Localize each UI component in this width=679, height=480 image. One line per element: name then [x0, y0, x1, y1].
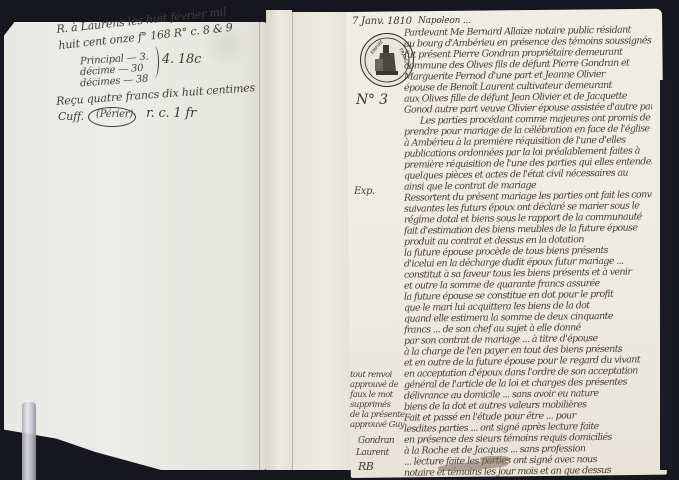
gutter-page — [292, 12, 351, 470]
margin-note: approuvé Guy — [350, 420, 404, 430]
note-line: Cuff. — [58, 110, 84, 123]
bracket-mark — [150, 46, 159, 78]
background-edge — [660, 80, 672, 470]
margin-note: approuvé de — [350, 380, 398, 390]
note-total: 4. 18c — [162, 52, 201, 67]
signature-mark: Laurent — [356, 448, 389, 458]
margin-note: tout renvoi — [350, 370, 392, 380]
scanned-manuscript: R. à Laurens les huit février mil huit c… — [0, 0, 679, 480]
book-fold — [266, 10, 292, 470]
signature: (Périer) — [96, 109, 133, 120]
margin-note: de la présente — [350, 410, 405, 420]
date-heading: 7 Janv. 1810 — [352, 16, 412, 27]
signature-mark: RB — [358, 460, 373, 473]
glass-tube-weight — [22, 402, 36, 480]
margin-note-exp: Exp. — [354, 186, 375, 197]
header-word: Napoleon ... — [418, 16, 471, 26]
margin-note: faux le mot — [350, 390, 393, 400]
ink-stain — [480, 456, 510, 462]
folio-number: N° 3 — [356, 92, 388, 108]
margin-note: supprimés — [350, 400, 390, 410]
note-line: r. c. 1 fr — [146, 106, 196, 121]
signature-mark: Gondran — [358, 436, 394, 446]
